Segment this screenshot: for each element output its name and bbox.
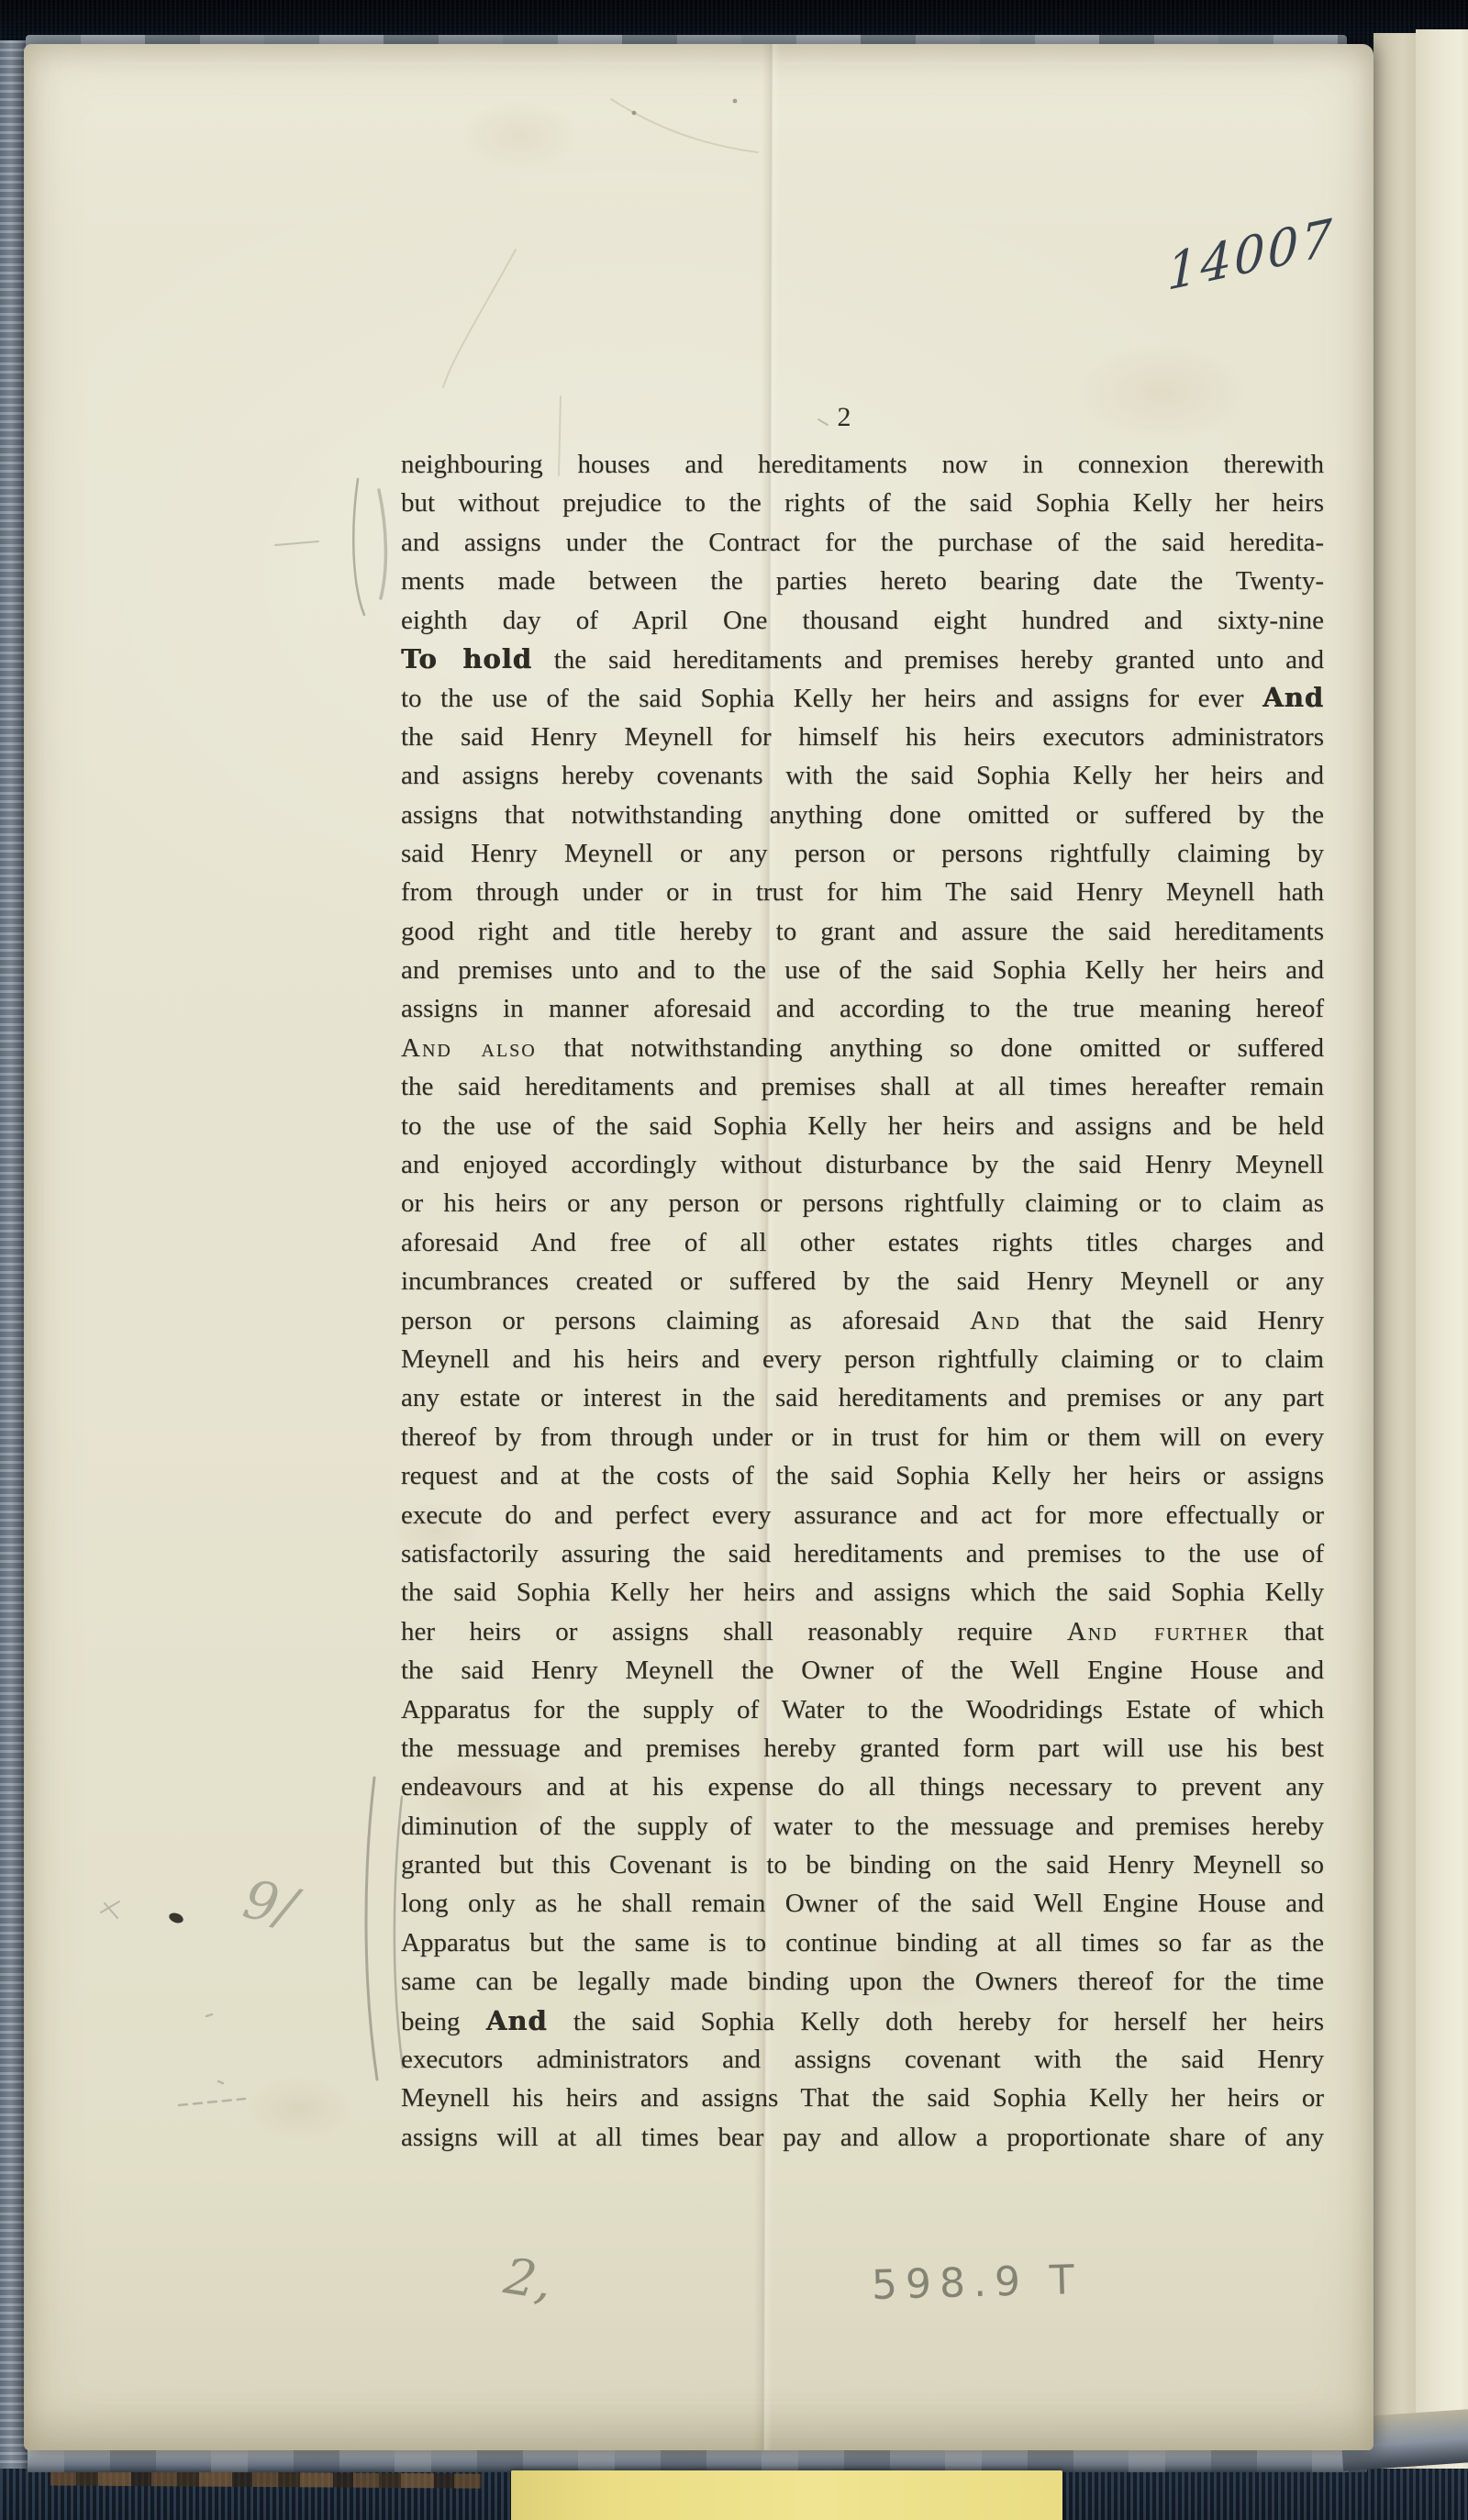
- text-line: neighbouring houses and hereditaments no…: [401, 445, 1324, 484]
- text-line: Meynell his heirs and assigns That the s…: [401, 2079, 1324, 2117]
- pencil-stroke: [353, 479, 364, 615]
- text-line: and assigns hereby covenants with the sa…: [401, 756, 1324, 795]
- document-page: 14007 2 neighbouring houses and heredita…: [24, 44, 1373, 2450]
- page-bottom-edge: [28, 2447, 1367, 2472]
- text-line: assigns in manner aforesaid and accordin…: [401, 989, 1324, 1028]
- text-line: To hold the said hereditaments and premi…: [401, 640, 1324, 678]
- text-line: diminution of the supply of water to the…: [401, 1807, 1324, 1845]
- text-line: any estate or interest in the said hered…: [401, 1378, 1324, 1417]
- text-line: her heirs or assigns shall reasonably re…: [401, 1612, 1324, 1651]
- text-line: the said hereditaments and premises shal…: [401, 1067, 1324, 1106]
- text-line: and premises unto and to the use of the …: [401, 951, 1324, 989]
- under-page-edges: [50, 2470, 482, 2488]
- text-line: the said Sophia Kelly her heirs and assi…: [401, 1573, 1324, 1611]
- pencil-margin-note: 9/: [239, 1868, 302, 1939]
- text-line: satisfactorily assuring the said heredit…: [401, 1534, 1324, 1573]
- text-line: from through under or in trust for him T…: [401, 873, 1324, 911]
- body-text: neighbouring houses and hereditaments no…: [401, 445, 1324, 2157]
- sticky-note: [511, 2470, 1062, 2520]
- text-line: being And the said Sophia Kelly doth her…: [401, 2002, 1324, 2040]
- pencil-stroke: [379, 490, 385, 598]
- text-line: and assigns under the Contract for the p…: [401, 523, 1324, 562]
- text-line: assigns will at all times bear pay and a…: [401, 2118, 1324, 2157]
- text-line: or his heirs or any person or persons ri…: [401, 1184, 1324, 1222]
- text-line: said Henry Meynell or any person or pers…: [401, 834, 1324, 873]
- text-line: assigns that notwithstanding anything do…: [401, 796, 1324, 834]
- text-line: Meynell and his heirs and every person r…: [401, 1340, 1324, 1378]
- text-line: the said Henry Meynell the Owner of the …: [401, 1651, 1324, 1689]
- pencil-stroke: [366, 1778, 377, 2080]
- text-line: the said Henry Meynell for himself his h…: [401, 718, 1324, 756]
- text-line: good right and title hereby to grant and…: [401, 912, 1324, 951]
- text-line: person or persons claiming as aforesaid …: [401, 1301, 1324, 1340]
- pencil-page-number: 2,: [500, 2247, 556, 2311]
- ink-blot: [168, 1912, 184, 1925]
- text-line: but without prejudice to the rights of t…: [401, 484, 1324, 522]
- text-line: same can be legally made binding upon th…: [401, 1962, 1324, 2001]
- text-line: ments made between the parties hereto be…: [401, 562, 1324, 600]
- text-line: endeavours and at his expense do all thi…: [401, 1767, 1324, 1806]
- text-line: incumbrances created or suffered by the …: [401, 1262, 1324, 1300]
- text-line: execute do and perfect every assurance a…: [401, 1496, 1324, 1534]
- page-number: 2: [798, 402, 890, 433]
- pencil-x-mark: [101, 1901, 119, 1918]
- text-line: And also that notwithstanding anything s…: [401, 1029, 1324, 1067]
- pencil-reference-number: 598.9 T: [871, 2257, 1083, 2309]
- text-line: to the use of the said Sophia Kelly her …: [401, 1107, 1324, 1145]
- paper-pinholes: [632, 99, 738, 116]
- text-line: Apparatus for the supply of Water to the…: [401, 1690, 1324, 1729]
- text-line: long only as he shall remain Owner of th…: [401, 1884, 1324, 1923]
- text-line: eighth day of April One thousand eight h…: [401, 601, 1324, 640]
- gutter-shadow: [1373, 33, 1416, 2469]
- pencil-dots: [206, 2014, 223, 2083]
- text-line: request and at the costs of the said Sop…: [401, 1456, 1324, 1495]
- pencil-dash: [275, 541, 318, 545]
- adjacent-page-edge: [1416, 29, 1468, 2469]
- text-line: aforesaid And free of all other estates …: [401, 1223, 1324, 1262]
- text-line: Apparatus but the same is to continue bi…: [401, 1923, 1324, 1962]
- paper-scratches: [443, 99, 758, 475]
- archive-number-handwritten: 14007: [1167, 207, 1335, 302]
- text-line: the messuage and premises hereby granted…: [401, 1729, 1324, 1767]
- text-line: and enjoyed accordingly without disturba…: [401, 1145, 1324, 1184]
- book-scan: 14007 2 neighbouring houses and heredita…: [0, 0, 1468, 2520]
- text-line: executors administrators and assigns cov…: [401, 2040, 1324, 2079]
- text-line: granted but this Covenant is to be bindi…: [401, 1845, 1324, 1884]
- pencil-dashed-line: [179, 2099, 245, 2105]
- text-line: thereof by from through under or in trus…: [401, 1418, 1324, 1456]
- text-line: to the use of the said Sophia Kelly her …: [401, 678, 1324, 717]
